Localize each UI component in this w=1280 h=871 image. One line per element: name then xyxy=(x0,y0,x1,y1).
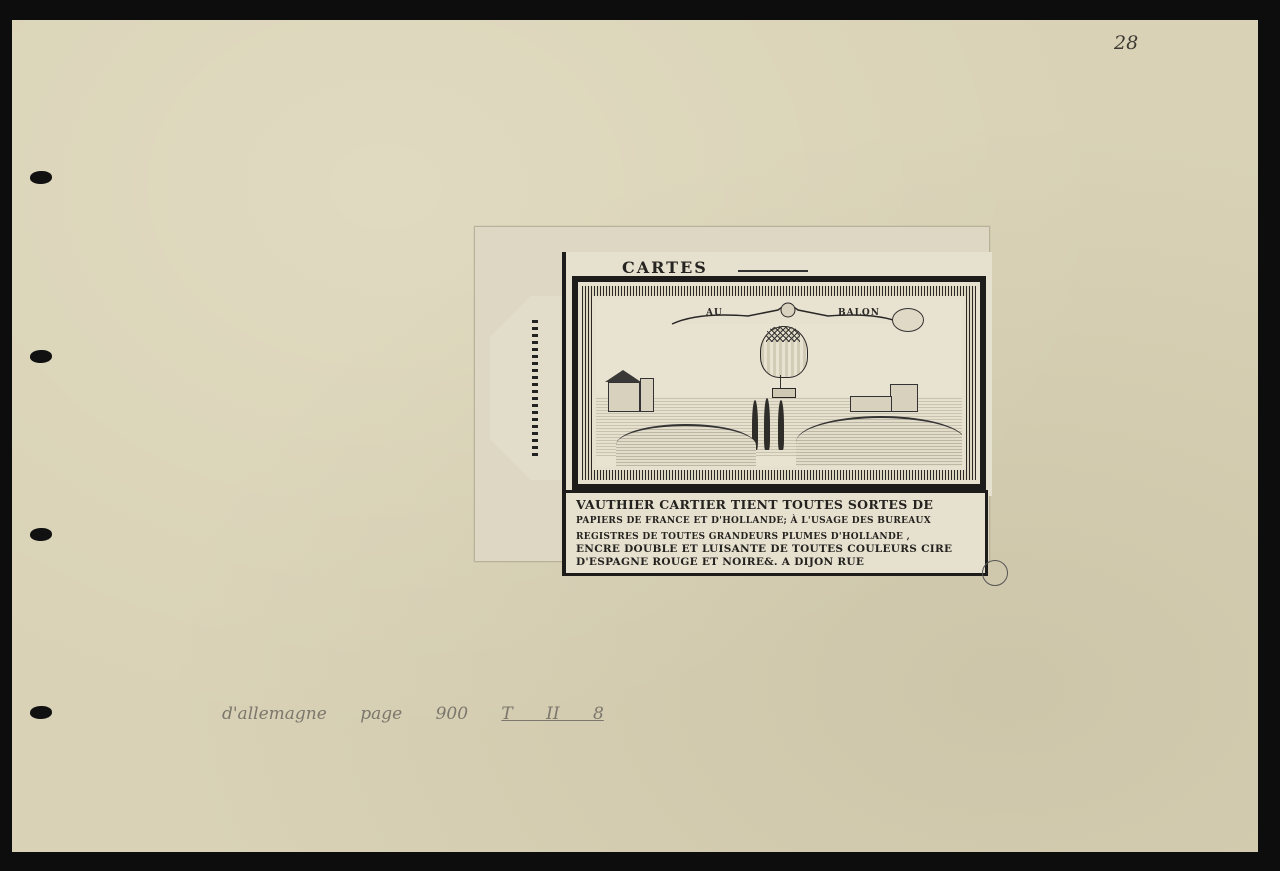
library-stamp-icon xyxy=(982,560,1008,586)
text-line: PAPIERS DE FRANCE ET D'HOLLANDE; À L'USA… xyxy=(576,516,979,527)
note-reference: T II 8 xyxy=(501,704,603,724)
text-line: D'ESPAGNE ROUGE ET NOIRE&. A DIJON RUE xyxy=(576,556,979,569)
note-word: 900 xyxy=(436,704,468,724)
note-word: page xyxy=(360,704,402,724)
wall-icon xyxy=(850,396,892,412)
text-line: ENCRE DOUBLE ET LUISANTE DE TOUTES COULE… xyxy=(576,543,979,556)
cypress-tree-icon xyxy=(778,400,784,450)
note-word: d'allemagne xyxy=(222,704,327,724)
balloon-gondola-icon xyxy=(772,388,796,398)
card-advertisement-text: VAUTHIER CARTIER TIENT TOUTES SORTES DE … xyxy=(562,490,988,576)
zigzag-ornament xyxy=(532,320,538,460)
banner-left-text: AU xyxy=(706,308,723,318)
landscape-illustration: AU BALON xyxy=(596,300,962,466)
flower-tree-icon xyxy=(892,308,924,332)
card-header: CARTES xyxy=(622,258,708,277)
house-left-icon xyxy=(608,382,640,412)
cypress-tree-icon xyxy=(764,398,770,450)
folio-number: 28 xyxy=(1114,32,1138,54)
text-line: VAUTHIER CARTIER TIENT TOUTES SORTES DE xyxy=(576,497,979,513)
header-rule xyxy=(738,270,808,272)
trade-card-engraving: CARTES AU BALON xyxy=(562,252,992,496)
punch-hole xyxy=(30,171,52,184)
handwritten-note: d'allemagne page 900 T II 8 xyxy=(222,704,604,724)
engraved-frame: AU BALON xyxy=(572,276,986,490)
punch-hole xyxy=(30,706,52,719)
punch-hole xyxy=(30,528,52,541)
hill-left xyxy=(616,424,756,466)
house-right-icon xyxy=(890,384,918,412)
hill-right xyxy=(796,416,962,466)
tower-icon xyxy=(640,378,654,412)
banner-right-text: BALON xyxy=(838,308,880,318)
punch-hole xyxy=(30,350,52,363)
text-line: REGISTRES DE TOUTES GRANDEURS PLUMES D'H… xyxy=(576,532,979,543)
